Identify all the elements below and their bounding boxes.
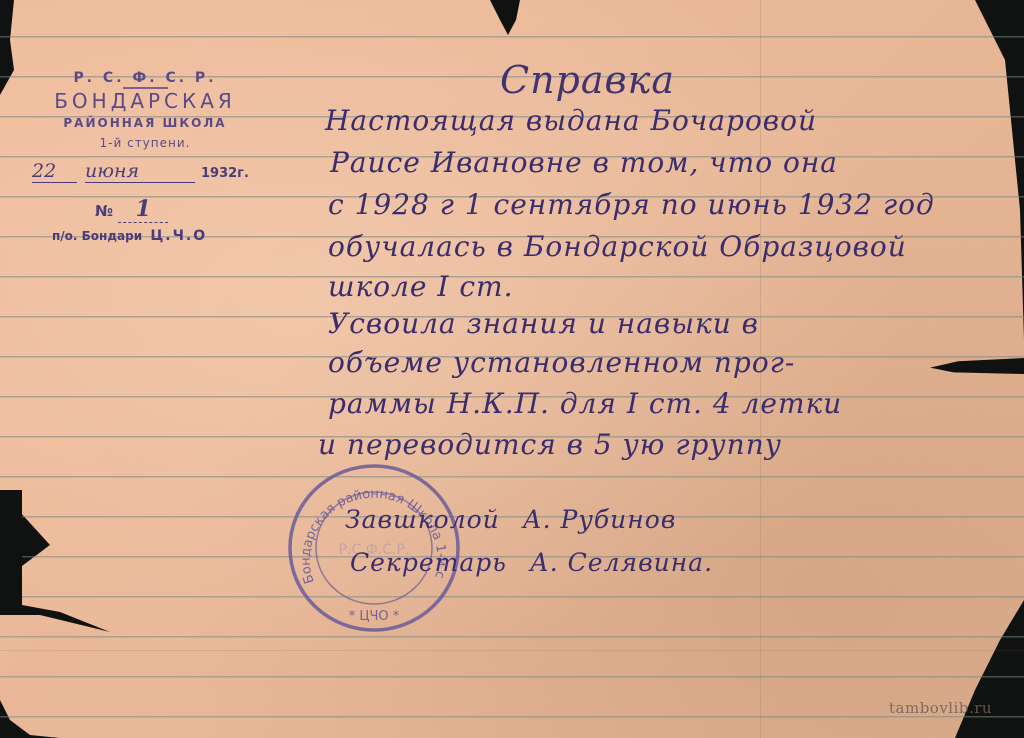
stamp-school-type: РАЙОННАЯ ШКОЛА — [20, 116, 270, 130]
body-line: объеме установленном прог- — [328, 346, 795, 379]
stamp-date: 22июня1932г. — [32, 160, 249, 183]
body-line: Раисе Ивановне в том, что она — [330, 146, 838, 179]
school-stamp-header: Р. С. Ф. С. Р. БОНДАРСКАЯ РАЙОННАЯ ШКОЛА… — [20, 70, 270, 150]
stamp-address: п/о. Бондари Ц.Ч.О — [52, 228, 207, 244]
stamp-number: № 1 — [95, 196, 168, 223]
signature-name: А. Рубинов — [523, 505, 677, 534]
body-line: школе I ст. — [328, 270, 514, 303]
number-value: 1 — [118, 196, 168, 223]
body-line: Усвоила знания и навыки в — [328, 307, 759, 340]
signature-role: Секретарь — [350, 548, 507, 577]
watermark: tambovlib.ru — [889, 699, 992, 717]
date-day: 22 — [32, 160, 77, 183]
address-region: Ц.Ч.О — [150, 228, 207, 244]
stamp-school-level: 1-й ступени. — [20, 136, 270, 150]
document-title: Справка — [500, 58, 675, 102]
stamp-school-name: БОНДАРСКАЯ — [20, 89, 270, 113]
number-label: № — [95, 202, 113, 220]
stamp-rsfsr: Р. С. Ф. С. Р. — [20, 70, 270, 86]
body-line: с 1928 г 1 сентября по июнь 1932 год — [328, 188, 935, 221]
date-month: июня — [85, 160, 195, 183]
fold-crease-horizontal — [0, 650, 1024, 651]
body-line: и переводится в 5 ую группу — [318, 428, 782, 461]
body-line: раммы Н.К.П. для I ст. 4 летки — [328, 387, 842, 420]
paper-tear-left — [0, 490, 22, 605]
date-year: 1932г. — [201, 166, 249, 181]
seal-bottom-text: * ЦЧО * — [349, 609, 400, 624]
body-line: обучалась в Бондарской Образцовой — [328, 230, 907, 263]
stamp-divider — [123, 87, 168, 89]
address-post: п/о. Бондари — [52, 229, 142, 243]
signature-director: Завшколой А. Рубинов — [345, 505, 676, 534]
signature-name: А. Селявина. — [530, 548, 713, 577]
signature-role: Завшколой — [345, 505, 500, 534]
body-line: Настоящая выдана Бочаровой — [325, 104, 817, 137]
signature-secretary: Секретарь А. Селявина. — [350, 548, 713, 577]
